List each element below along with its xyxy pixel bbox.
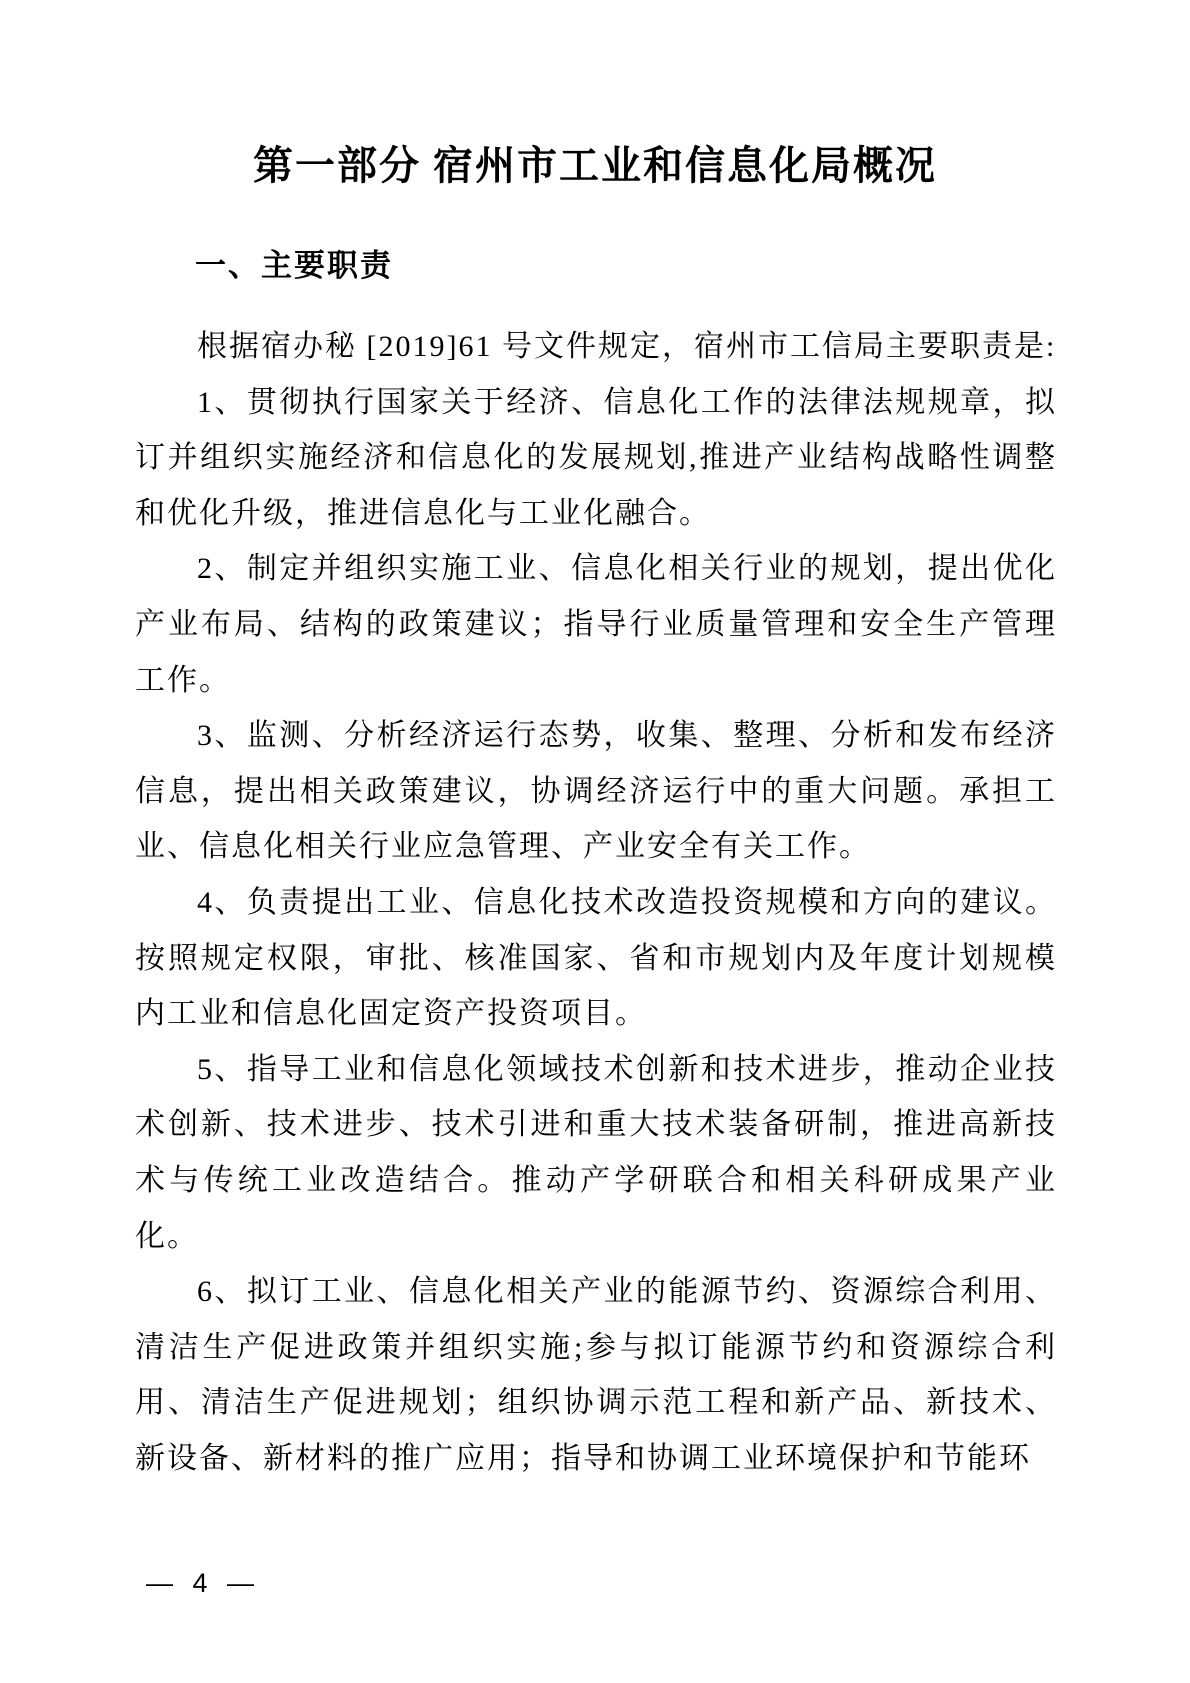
section-heading: 一、主要职责 (195, 248, 1190, 284)
page-footer: — 4 — (146, 1566, 260, 1600)
paragraph-duty-1: 1、贯彻执行国家关于经济、信息化工作的法律法规规章，拟订并组织实施经济和信息化的… (135, 375, 1057, 542)
paragraph-duty-5: 5、指导工业和信息化领域技术创新和技术进步，推动企业技术创新、技术进步、技术引进… (135, 1042, 1057, 1264)
paragraph-duty-2: 2、制定并组织实施工业、信息化相关行业的规划，提出优化产业布局、结构的政策建议；… (135, 541, 1057, 708)
paragraph-intro: 根据宿办秘 [2019]61 号文件规定，宿州市工信局主要职责是: (135, 319, 1057, 375)
document-page: 第一部分 宿州市工业和信息化局概况 一、主要职责 根据宿办秘 [2019]61 … (0, 0, 1190, 1683)
paragraph-duty-6: 6、拟订工业、信息化相关产业的能源节约、资源综合利用、清洁生产促进政策并组织实施… (135, 1264, 1057, 1486)
page-number: — 4 — (146, 1568, 260, 1598)
page-title: 第一部分 宿州市工业和信息化局概况 (0, 0, 1190, 192)
paragraph-duty-3: 3、监测、分析经济运行态势，收集、整理、分析和发布经济信息，提出相关政策建议，协… (135, 708, 1057, 875)
paragraph-duty-4: 4、负责提出工业、信息化技术改造投资规模和方向的建议。按照规定权限，审批、核准国… (135, 875, 1057, 1042)
document-body: 根据宿办秘 [2019]61 号文件规定，宿州市工信局主要职责是: 1、贯彻执行… (135, 319, 1057, 1486)
